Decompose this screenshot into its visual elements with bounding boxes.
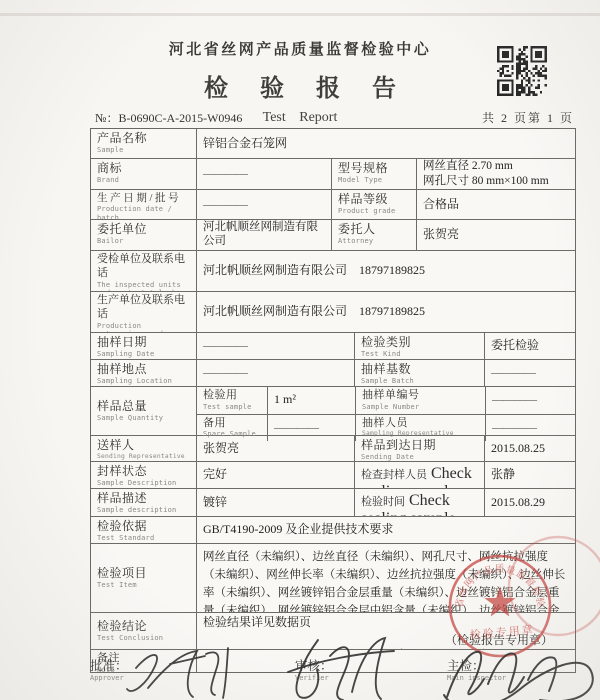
table-row-inspected-unit: 受检单位及联系电话 The inspected units and contac… — [91, 250, 575, 291]
paper-edge — [0, 13, 600, 16]
value-seal-checker: 张静 — [484, 462, 575, 488]
signature-line: 批准： Approver 审核： Verifier 主检： Main inspe… — [90, 656, 574, 682]
qr-code-icon — [497, 46, 547, 96]
value-inspected-unit: 河北帆顺丝网制造有限公司 18797189825 — [196, 251, 575, 291]
value-conclusion: 检验结果详见数据页 （检验报告专用章） 签发日期：2015 年 08 月 30 … — [196, 613, 575, 649]
value-sampling-date: ———— — [196, 333, 354, 359]
label-producer-unit: 生产单位及联系电话 Production enterprises and con… — [91, 292, 196, 332]
value-bailor: 河北帆顺丝网制造有限公司 — [196, 220, 331, 250]
label-seal-status: 封样状态 Sample Description — [91, 462, 196, 488]
approver-block: 批准： Approver — [90, 656, 295, 682]
label-sample-batch: 抽样基数 Sample Batch — [354, 360, 484, 386]
label-sampling-date: 抽样日期 Sampling Date — [91, 333, 196, 359]
value-standard: GB/T4190-2009 及企业提供技术要求 — [196, 517, 575, 543]
label-sample-number: 抽样单编号 Sample Number — [355, 387, 485, 414]
label-conclusion: 检验结论 Test Conclusion — [91, 613, 196, 649]
label-sample-quantity: 样品总量 Sample Quantity — [91, 387, 196, 435]
label-seal-checker: 检查封样人员 Check sealing sample personnel — [354, 462, 484, 488]
label-grade: 样品等级 Product grade — [331, 190, 416, 219]
label-inspected-unit: 受检单位及联系电话 The inspected units and contac… — [91, 251, 196, 291]
value-arrival-date: 2015.08.25 — [484, 436, 575, 461]
org-name: 河北省丝网产品质量监督检验中心 — [60, 38, 540, 59]
value-sampling-location: ———— — [196, 360, 354, 386]
label-sampling-location: 抽样地点 Sampling Location — [91, 360, 196, 386]
table-row-seal-status: 封样状态 Sample Description 完好 检查封样人员 Check … — [91, 461, 575, 488]
verifier-block: 审核： Verifier — [295, 656, 447, 682]
label-test-sample: 检验用 Test sample — [197, 387, 267, 414]
value-brand: ———— — [196, 159, 331, 189]
value-seal-status: 完好 — [196, 462, 354, 488]
table-row-sample-quantity: 样品总量 Sample Quantity 检验用 Test sample 1 m… — [91, 386, 575, 435]
label-brand: 商标 Brand — [91, 159, 196, 189]
label-test-kind: 检验类别 Test Kind — [354, 333, 484, 359]
label-production-date: 生 产 日 期 / 批 号 Production date / batch — [91, 190, 196, 219]
report-number-line: 共 2 页第 1 页 №：B-0690C-A-2015-W0946 — [95, 109, 574, 126]
scanned-test-report: { "header": { "org": "河北省丝网产品质量监督检验中心", … — [0, 0, 600, 700]
page-count: 共 2 页第 1 页 — [482, 109, 574, 126]
table-row-sending-rep: 送样人 Sending Representative 张贺亮 样品到达日期 Se… — [91, 435, 575, 461]
report-title: 检 验 报 告 — [60, 68, 540, 103]
value-product-name: 锌铝合金石笼网 — [196, 129, 575, 158]
value-sample-number: ———— — [485, 387, 575, 414]
seal-note: （检验报告专用章） — [203, 633, 569, 649]
value-grade: 合格品 — [416, 190, 575, 219]
value-sending-rep: 张贺亮 — [196, 436, 354, 461]
label-sample-desc: 样品描述 Sample description — [91, 489, 196, 516]
table-row-test-item: 检验项目 Test Item 网丝直径（未编织）、边丝直径（未编织）、网孔尺寸、… — [91, 543, 575, 612]
table-row-standard: 检验依据 Test Standard GB/T4190-2009 及企业提供技术… — [91, 516, 575, 543]
table-row-bailor: 委托单位 Bailor 河北帆顺丝网制造有限公司 委托人 Attorney 张贺… — [91, 219, 575, 250]
value-test-time: 2015.08.29 — [484, 489, 575, 516]
table-row-sample-desc: 样品描述 Sample description 镀锌 检验时间 Check se… — [91, 488, 575, 516]
table-row-brand-model: 商标 Brand ———— 型号规格 Model Type 网丝直径 2.70 … — [91, 158, 575, 189]
value-sample-desc: 镀锌 — [196, 489, 354, 516]
label-bailor: 委托单位 Bailor — [91, 220, 196, 250]
label-standard: 检验依据 Test Standard — [91, 517, 196, 543]
value-production-date: ———— — [196, 190, 331, 219]
table-row-sampling-location: 抽样地点 Sampling Location ———— 抽样基数 Sample … — [91, 359, 575, 386]
value-producer-unit: 河北帆顺丝网制造有限公司 18797189825 — [196, 292, 575, 332]
table-row-producer-unit: 生产单位及联系电话 Production enterprises and con… — [91, 291, 575, 332]
value-sample-batch: ———— — [484, 360, 575, 386]
label-model: 型号规格 Model Type — [331, 159, 416, 189]
report-number: №：B-0690C-A-2015-W0946 — [95, 111, 242, 125]
table-row-sampling-date: 抽样日期 Sampling Date ———— 检验类别 Test Kind 委… — [91, 332, 575, 359]
value-test-sample: 1 m² — [267, 387, 355, 414]
label-test-item: 检验项目 Test Item — [91, 544, 196, 612]
table-row-conclusion: 检验结论 Test Conclusion 检验结果详见数据页 （检验报告专用章）… — [91, 612, 575, 649]
report-table: 产品名称 Sample 锌铝合金石笼网 商标 Brand ———— 型号规格 M… — [90, 128, 576, 673]
value-test-item: 网丝直径（未编织）、边丝直径（未编织）、网孔尺寸、网丝抗拉强度（未编织）、网丝伸… — [196, 544, 575, 612]
value-attorney: 张贺亮 — [416, 220, 575, 250]
value-test-kind: 委托检验 — [484, 333, 575, 359]
issue-date: 签发日期：2015 年 08 月 30 日 — [203, 648, 569, 649]
label-test-time: 检验时间 Check sealing sample time — [354, 489, 484, 516]
label-product-name: 产品名称 Sample — [91, 129, 196, 158]
label-attorney: 委托人 Attorney — [331, 220, 416, 250]
label-arrival-date: 样品到达日期 Sending Date — [354, 436, 484, 461]
inspector-block: 主检： Main inspector — [447, 656, 574, 682]
label-sending-rep: 送样人 Sending Representative — [91, 436, 196, 461]
table-row-proddate-grade: 生 产 日 期 / 批 号 Production date / batch ——… — [91, 189, 575, 219]
value-model: 网丝直径 2.70 mm 网孔尺寸 80 mm×100 mm — [416, 159, 575, 189]
table-row-product: 产品名称 Sample 锌铝合金石笼网 — [91, 129, 575, 158]
